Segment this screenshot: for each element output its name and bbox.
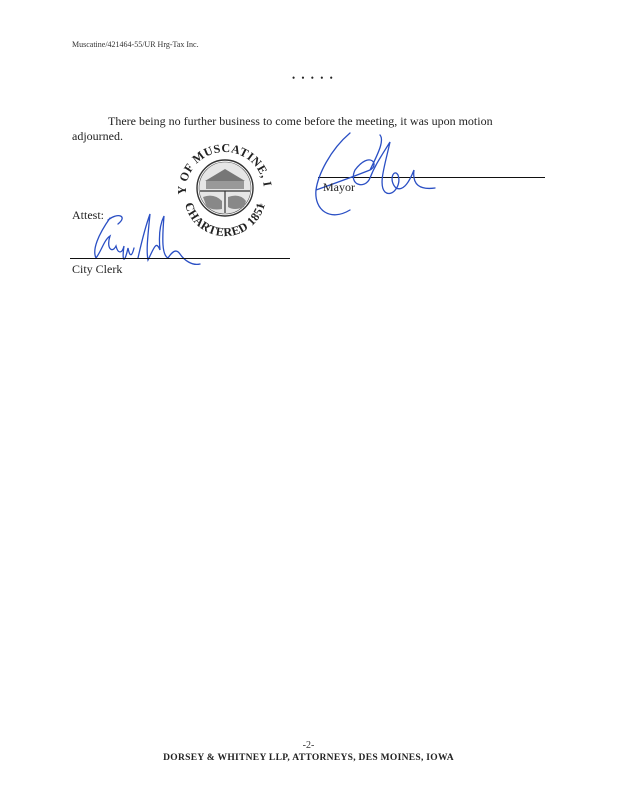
document-header-reference: Muscatine/421464-55/UR Hrg-Tax Inc. xyxy=(72,40,199,49)
section-separator: • • • • • xyxy=(292,73,335,83)
svg-text:*: * xyxy=(259,202,263,211)
attest-label: Attest: xyxy=(72,208,104,223)
page-number: -2- xyxy=(0,740,617,751)
closing-paragraph-line-2: adjourned. xyxy=(72,129,522,144)
mayor-label: Mayor xyxy=(323,180,355,195)
city-clerk-label: City Clerk xyxy=(72,262,122,277)
svg-text:*: * xyxy=(187,202,191,211)
mayor-signature-line xyxy=(318,177,545,178)
city-seal-icon: CITY OF MUSCATINE, IOWA CHARTERED 1851 *… xyxy=(170,133,280,243)
law-firm-footer: DORSEY & WHITNEY LLP, ATTORNEYS, DES MOI… xyxy=(0,753,617,763)
closing-paragraph-line-1: There being no further business to come … xyxy=(72,114,522,129)
clerk-signature-line xyxy=(70,258,290,259)
closing-paragraph: There being no further business to come … xyxy=(72,114,522,144)
